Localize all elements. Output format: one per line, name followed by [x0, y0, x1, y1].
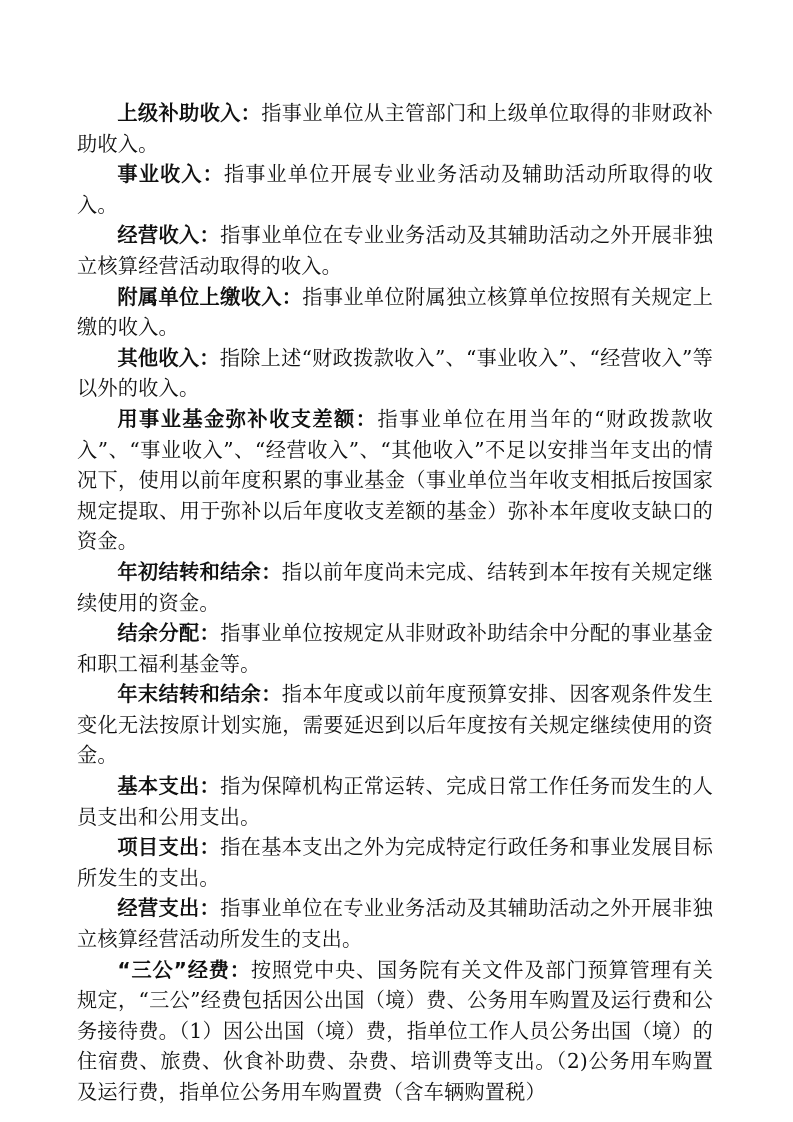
term-label: 基本支出： — [117, 774, 220, 798]
term-label: 上级补助收入： — [117, 101, 261, 125]
definition-paragraph-business-income: 事业收入：指事业单位开展专业业务活动及辅助活动所取得的收入。 — [77, 159, 713, 220]
term-label: 年初结转和结余： — [117, 560, 281, 584]
definition-paragraph-operating-expenditure: 经营支出：指事业单位在专业业务活动及其辅助活动之外开展非独立核算经营活动所发生的… — [77, 893, 713, 954]
definition-paragraph-other-income: 其他收入：指除上述“财政拨款收入”、“事业收入”、“经营收入”等以外的收入。 — [77, 343, 713, 404]
term-label: 经营收入： — [117, 223, 220, 247]
definition-paragraph-fund-offset-deficit: 用事业基金弥补收支差额：指事业单位在用当年的“财政拨款收入”、“事业收入”、“经… — [77, 404, 713, 557]
term-label: 项目支出： — [117, 835, 220, 859]
definition-paragraph-surplus-distribution: 结余分配：指事业单位按规定从非财政补助结余中分配的事业基金和职工福利基金等。 — [77, 618, 713, 679]
definition-paragraph-affiliate-remittance-income: 附属单位上缴收入：指事业单位附属独立核算单位按照有关规定上缴的收入。 — [77, 282, 713, 343]
term-label: 用事业基金弥补收支差额： — [117, 407, 377, 431]
definition-paragraph-ending-carryover: 年末结转和结余：指本年度或以前年度预算安排、因客观条件发生变化无法按原计划实施，… — [77, 679, 713, 771]
term-label: 附属单位上缴收入： — [117, 285, 302, 309]
definition-paragraph-beginning-carryover: 年初结转和结余：指以前年度尚未完成、结转到本年按有关规定继续使用的资金。 — [77, 557, 713, 618]
definition-paragraph-project-expenditure: 项目支出：指在基本支出之外为完成特定行政任务和事业发展目标所发生的支出。 — [77, 832, 713, 893]
term-label: “三公”经费： — [117, 958, 250, 982]
term-label: 事业收入： — [117, 162, 224, 186]
term-label: 其他收入： — [117, 346, 219, 370]
definition-paragraph-superior-subsidy-income: 上级补助收入：指事业单位从主管部门和上级单位取得的非财政补助收入。 — [77, 98, 713, 159]
definition-paragraph-operating-income: 经营收入：指事业单位在专业业务活动及其辅助活动之外开展非独立核算经营活动取得的收… — [77, 220, 713, 281]
term-label: 经营支出： — [117, 896, 220, 920]
definition-paragraph-three-public-expenses: “三公”经费：按照党中央、国务院有关文件及部门预算管理有关规定，“三公”经费包括… — [77, 955, 713, 1108]
term-label: 年末结转和结余： — [117, 682, 281, 706]
definition-paragraph-basic-expenditure: 基本支出：指为保障机构正常运转、完成日常工作任务而发生的人员支出和公用支出。 — [77, 771, 713, 832]
document-page: 上级补助收入：指事业单位从主管部门和上级单位取得的非财政补助收入。 事业收入：指… — [77, 98, 713, 1108]
term-label: 结余分配： — [117, 621, 220, 645]
